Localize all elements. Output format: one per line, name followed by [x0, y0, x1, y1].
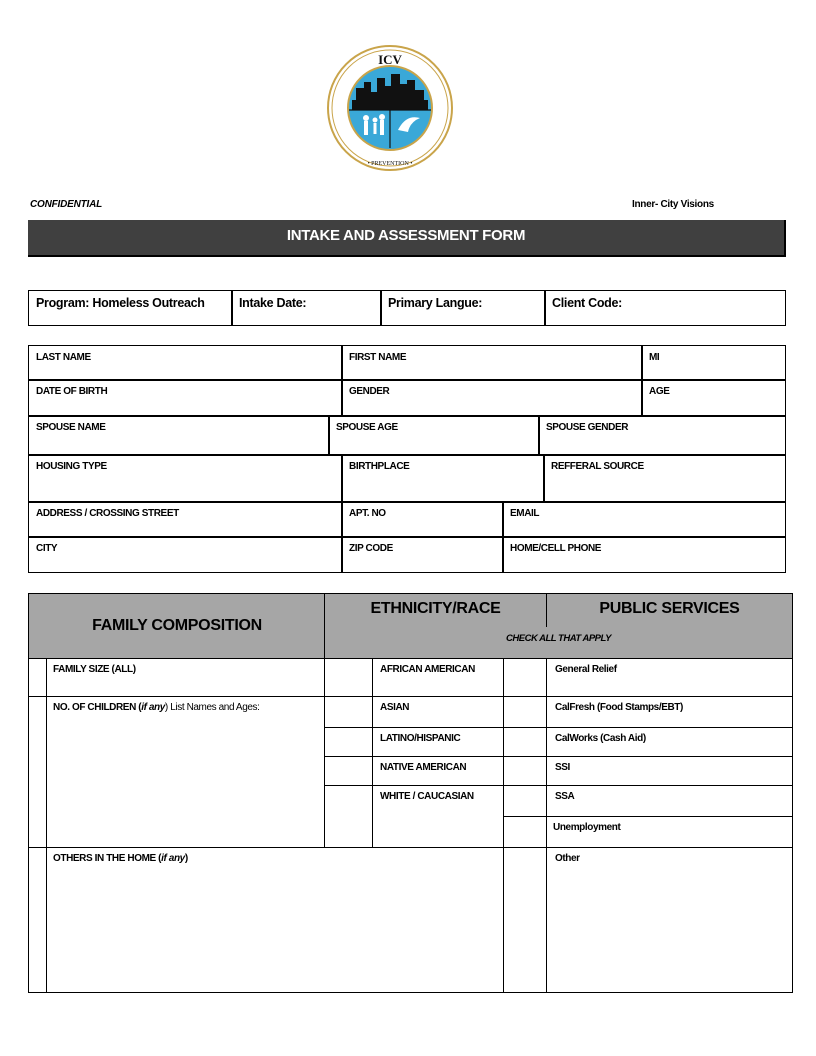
service-label-ssi: SSI — [555, 762, 570, 773]
public-services-heading: PUBLIC SERVICES — [547, 600, 792, 618]
spouse-gender-field[interactable]: SPOUSE GENDER — [538, 415, 786, 456]
age-field[interactable]: AGE — [641, 379, 786, 417]
phone-field[interactable]: HOME/CELL PHONE — [502, 536, 786, 573]
dob-label: DATE OF BIRTH — [36, 386, 107, 397]
zip-code-field[interactable]: ZIP CODE — [341, 536, 504, 573]
birthplace-field[interactable]: BIRTHPLACE — [341, 454, 545, 503]
client-code-label: Client Code: — [552, 296, 622, 310]
children-label: NO. OF CHILDREN (if any) List Names and … — [53, 702, 260, 713]
email-field[interactable]: EMAIL — [502, 501, 786, 538]
service-checkbox-other[interactable] — [504, 848, 546, 993]
birthplace-label: BIRTHPLACE — [349, 461, 409, 472]
intake-date-label: Intake Date: — [239, 296, 306, 310]
service-label-unemployment: Unemployment — [553, 822, 620, 833]
service-label-ssa: SSA — [555, 791, 574, 802]
program-label: Program: Homeless Outreach — [36, 296, 205, 310]
ethnicity-checkbox-asian[interactable] — [325, 697, 372, 727]
confidential-label: CONFIDENTIAL — [30, 199, 102, 210]
ethnicity-label-native-american: NATIVE AMERICAN — [380, 762, 466, 773]
age-label: AGE — [649, 386, 669, 397]
gender-field[interactable]: GENDER — [341, 379, 643, 417]
ethnicity-checkbox-native-american[interactable] — [325, 757, 372, 785]
last-name-label: LAST NAME — [36, 352, 91, 363]
ethnicity-checkbox-white[interactable] — [325, 786, 372, 847]
mi-field[interactable]: MI — [641, 345, 786, 381]
ethnicity-heading: ETHNICITY/RACE — [325, 600, 546, 618]
spouse-gender-label: SPOUSE GENDER — [546, 422, 628, 433]
city-label: CITY — [36, 543, 57, 554]
program-field[interactable]: Program: Homeless Outreach — [28, 290, 233, 326]
apt-no-field[interactable]: APT. NO — [341, 501, 504, 538]
service-checkbox-calfresh[interactable] — [504, 697, 546, 727]
family-size-field[interactable]: FAMILY SIZE (ALL) — [46, 658, 324, 696]
service-label-calworks: CalWorks (Cash Aid) — [555, 733, 646, 744]
organization-name: Inner- City Visions — [632, 199, 714, 210]
housing-type-field[interactable]: HOUSING TYPE — [28, 454, 343, 503]
others-in-home-field[interactable]: OTHERS IN THE HOME (if any) — [46, 847, 503, 993]
ethnicity-label-latino: LATINO/HISPANIC — [380, 733, 460, 744]
service-label-calfresh: CalFresh (Food Stamps/EBT) — [555, 702, 683, 713]
gender-label: GENDER — [349, 386, 389, 397]
city-field[interactable]: CITY — [28, 536, 343, 573]
referral-source-field[interactable]: REFFERAL SOURCE — [543, 454, 786, 503]
family-composition-heading: FAMILY COMPOSITION — [30, 617, 324, 635]
ethnicity-label-african-american: AFRICAN AMERICAN — [380, 664, 475, 675]
intake-date-field[interactable]: Intake Date: — [231, 290, 382, 326]
ethnicity-label-white: WHITE / CAUCASIAN — [380, 791, 474, 802]
ethnicity-label-asian: ASIAN — [380, 702, 409, 713]
ethnicity-checkbox-african-american[interactable] — [325, 659, 372, 696]
service-other-field[interactable] — [547, 848, 792, 992]
others-in-home-label: OTHERS IN THE HOME (if any) — [53, 853, 188, 864]
spouse-age-field[interactable]: SPOUSE AGE — [328, 415, 540, 456]
service-checkbox-unemployment[interactable] — [504, 817, 546, 847]
primary-language-label: Primary Langue: — [388, 296, 482, 310]
service-label-general-relief: General Relief — [555, 664, 617, 675]
service-checkbox-ssi[interactable] — [504, 757, 546, 785]
housing-type-label: HOUSING TYPE — [36, 461, 107, 472]
address-field[interactable]: ADDRESS / CROSSING STREET — [28, 501, 343, 538]
first-name-label: FIRST NAME — [349, 352, 406, 363]
dob-field[interactable]: DATE OF BIRTH — [28, 379, 343, 417]
spouse-name-field[interactable]: SPOUSE NAME — [28, 415, 330, 456]
ethnicity-checkbox-latino[interactable] — [325, 728, 372, 756]
service-checkbox-general-relief[interactable] — [504, 659, 546, 696]
primary-language-field[interactable]: Primary Langue: — [380, 290, 546, 326]
first-name-field[interactable]: FIRST NAME — [341, 345, 643, 381]
apt-no-label: APT. NO — [349, 508, 386, 519]
mi-label: MI — [649, 352, 659, 363]
family-size-label: FAMILY SIZE (ALL) — [53, 664, 136, 675]
service-checkbox-calworks[interactable] — [504, 728, 546, 756]
email-label: EMAIL — [510, 508, 539, 519]
client-code-field[interactable]: Client Code: — [544, 290, 786, 326]
zip-code-label: ZIP CODE — [349, 543, 393, 554]
spouse-name-label: SPOUSE NAME — [36, 422, 106, 433]
last-name-field[interactable]: LAST NAME — [28, 345, 343, 381]
inner-city-visions-logo: ICV • PREVENTION • — [326, 44, 454, 172]
children-field[interactable]: NO. OF CHILDREN (if any) List Names and … — [46, 696, 324, 847]
referral-source-label: REFFERAL SOURCE — [551, 461, 644, 472]
service-checkbox-ssa[interactable] — [504, 786, 546, 816]
form-title: INTAKE AND ASSESSMENT FORM — [28, 220, 786, 257]
address-label: ADDRESS / CROSSING STREET — [36, 508, 179, 519]
svg-text:• PREVENTION •: • PREVENTION • — [368, 161, 413, 167]
logo-name-text: ICV — [378, 52, 402, 67]
phone-label: HOME/CELL PHONE — [510, 543, 601, 554]
check-all-instruction: CHECK ALL THAT APPLY — [325, 633, 792, 644]
spouse-age-label: SPOUSE AGE — [336, 422, 398, 433]
